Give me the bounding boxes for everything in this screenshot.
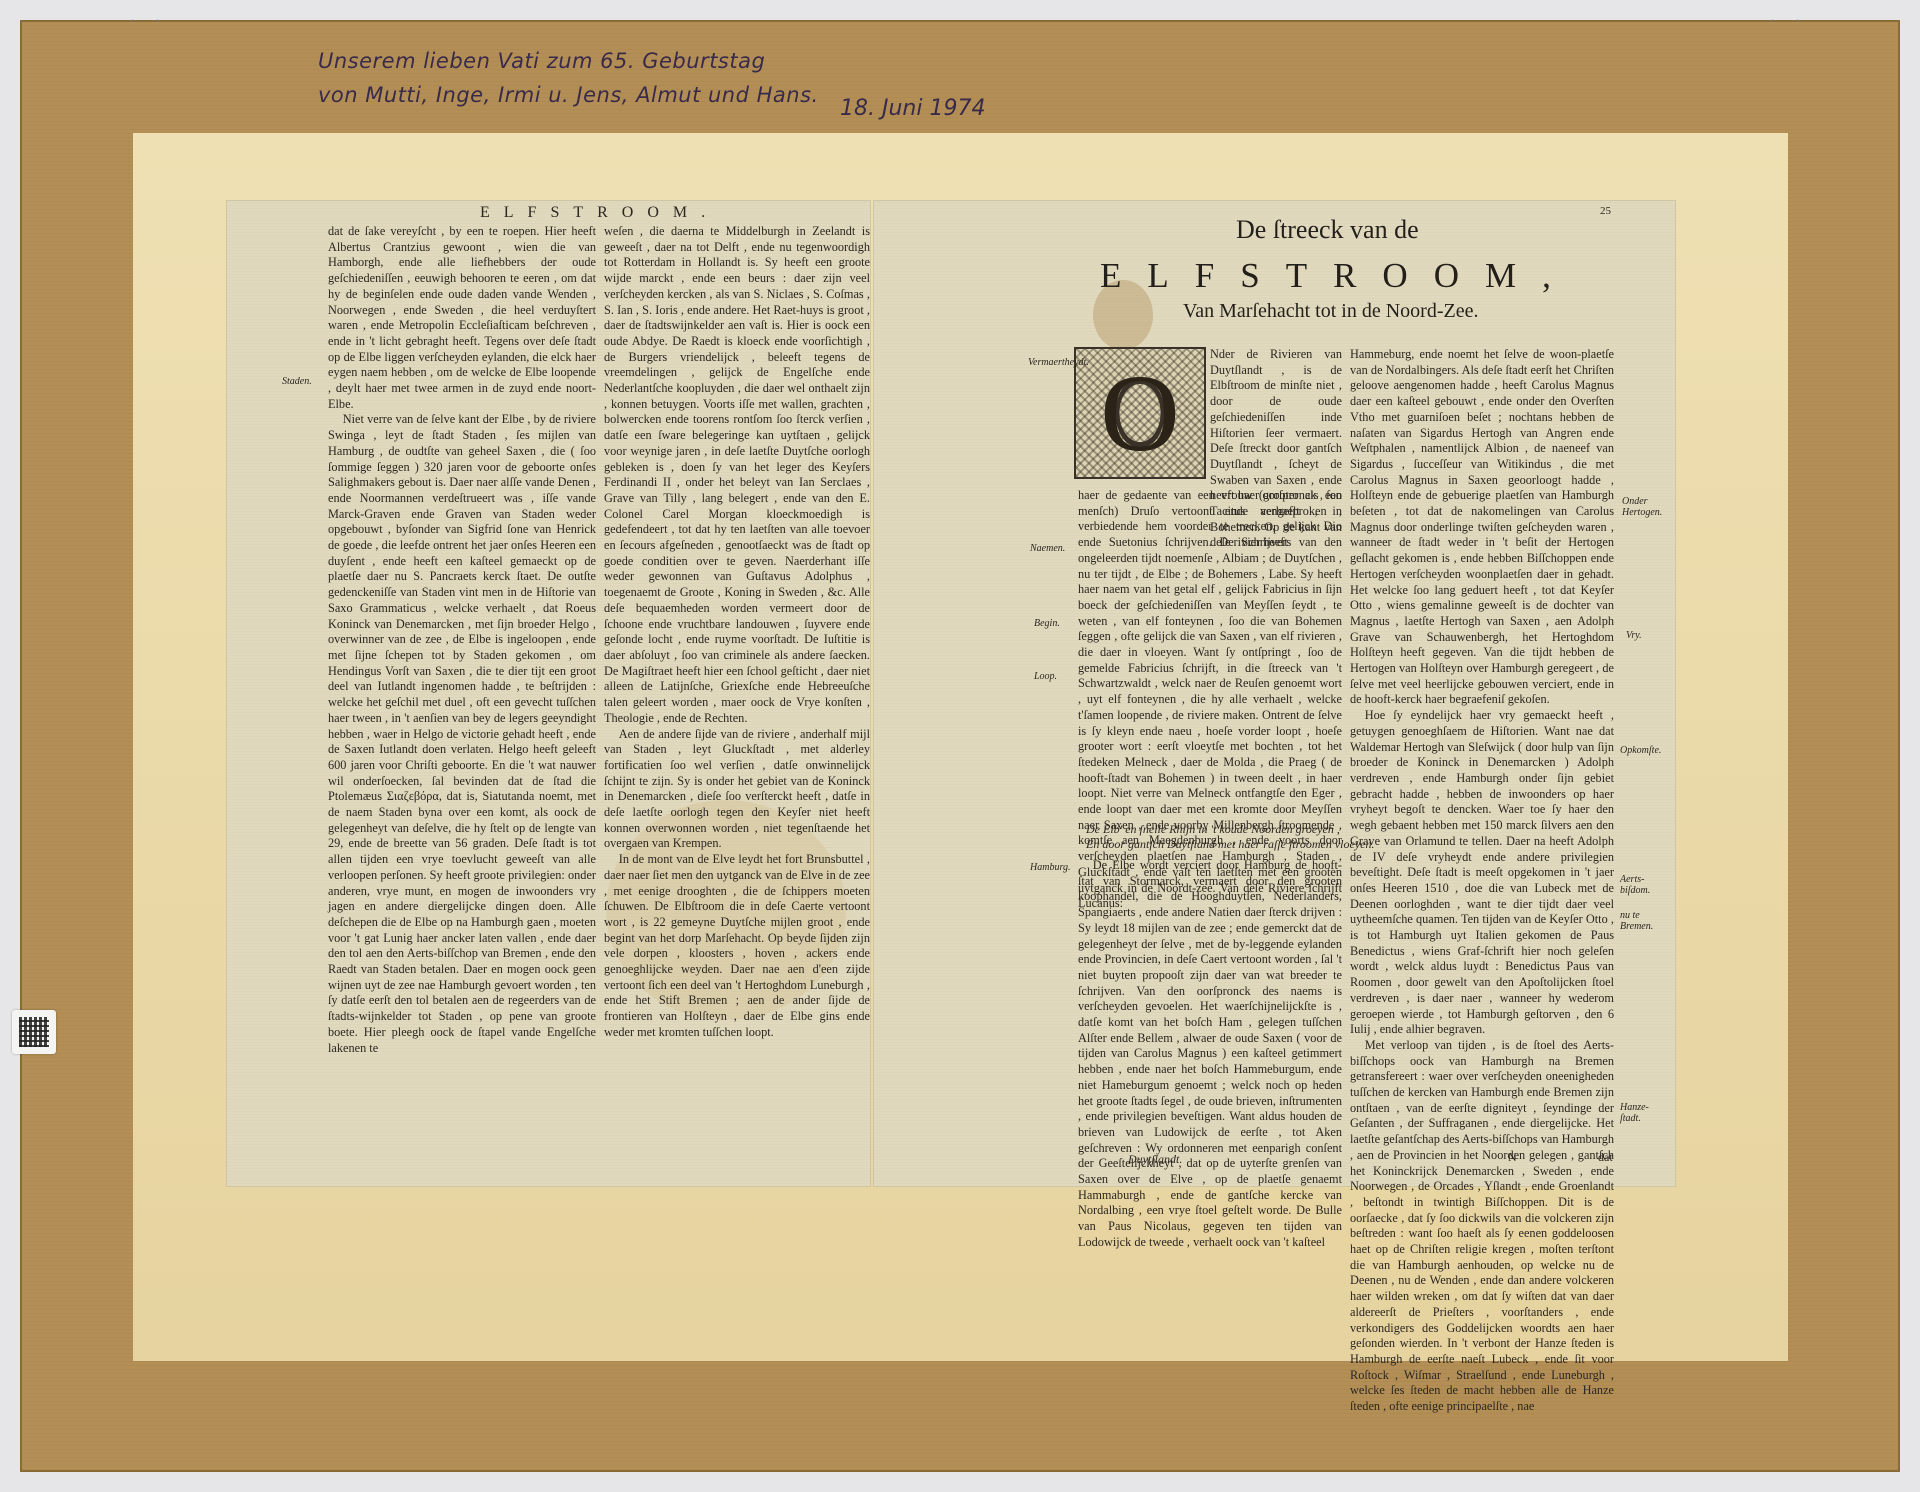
verse-line: En door gantſch Duytſland met haer raſſe… bbox=[1086, 837, 1376, 852]
margin-note-hanze-stadt: Hanze-ſtadt. bbox=[1620, 1102, 1660, 1124]
catchword-left: Duytſlandt. bbox=[1128, 1152, 1182, 1167]
handwritten-inscription: Unserem lieben Vati zum 65. Geburtstag v… bbox=[318, 44, 819, 112]
catchword-right: dat bbox=[1598, 1150, 1613, 1165]
margin-note-begin: Begin. bbox=[1034, 618, 1060, 629]
right-page-hamburg-section: De Elbe wordt verciert door Hamburg de h… bbox=[1078, 858, 1342, 1251]
paragraph: Hoe ſy eyndelijck haer vry gemaeckt heef… bbox=[1350, 708, 1614, 1038]
margin-note-nu-te-bremen: nu te Bremen. bbox=[1620, 910, 1660, 932]
page-number: 25 bbox=[1600, 205, 1611, 217]
title-subtitle: Van Marſehacht tot in de Noord-Zee. bbox=[1183, 300, 1478, 323]
signature-mark: N bbox=[1508, 1150, 1517, 1165]
left-running-head: ELFSTROOM. bbox=[480, 204, 719, 222]
margin-note-opkomste: Opkomſte. bbox=[1620, 745, 1661, 756]
margin-note-staden: Staden. bbox=[282, 376, 312, 387]
title-line-1: De ſtreeck van de bbox=[1236, 215, 1419, 245]
paragraph: weſen , die daerna te Middelburgh in Zee… bbox=[604, 224, 870, 727]
inscription-line-1: Unserem lieben Vati zum 65. Geburtstag bbox=[318, 44, 819, 78]
hanging-wire-hook-right bbox=[1768, 0, 1798, 22]
margin-note-onder-hertogen: Onder Hertogen. bbox=[1622, 496, 1662, 518]
paragraph: Aen de andere ſijde van de riviere , and… bbox=[604, 727, 870, 853]
margin-note-hamburg: Hamburg. bbox=[1030, 862, 1070, 873]
margin-note-vry: Vry. bbox=[1626, 630, 1642, 641]
inscription-date: 18. Juni 1974 bbox=[840, 96, 985, 121]
paragraph: Met verloop van tijden , is de ſtoel des… bbox=[1350, 1038, 1614, 1415]
margin-note-loop: Loop. bbox=[1034, 671, 1057, 682]
qr-code-icon bbox=[12, 1010, 56, 1054]
paragraph: In de mont van de Elve leydt het fort Br… bbox=[604, 852, 870, 1040]
left-page-column-2: weſen , die daerna te Middelburgh in Zee… bbox=[604, 224, 870, 1041]
margin-note-aerts-bisdom: Aerts-biſdom. bbox=[1620, 874, 1660, 896]
decorated-initial-o: O bbox=[1074, 347, 1206, 479]
margin-note-vermaertheydt: Vermaertheydt. bbox=[1028, 357, 1068, 368]
title-main: ELFSTROOM, bbox=[1100, 256, 1577, 296]
inscription-line-2: von Mutti, Inge, Irmi u. Jens, Almut und… bbox=[318, 78, 819, 112]
margin-note-naemen: Naemen. bbox=[1030, 543, 1065, 554]
left-page-column-1: dat de ſake vereyſcht , by een te roepen… bbox=[328, 224, 596, 1056]
hanging-wire-hook-left bbox=[128, 0, 158, 22]
paragraph: dat de ſake vereyſcht , by een te roepen… bbox=[328, 224, 596, 412]
verse-line: De Elb' en ſnelle Rhijn in 't koude Noor… bbox=[1086, 822, 1376, 837]
paragraph: Hammeburg, ende noemt het ſelve de woon-… bbox=[1350, 347, 1614, 708]
right-page-column-2: Hammeburg, ende noemt het ſelve de woon-… bbox=[1350, 347, 1614, 1415]
lucanus-verse: De Elb' en ſnelle Rhijn in 't koude Noor… bbox=[1086, 822, 1376, 852]
paragraph: Niet verre van de ſelve kant der Elbe , … bbox=[328, 412, 596, 1056]
